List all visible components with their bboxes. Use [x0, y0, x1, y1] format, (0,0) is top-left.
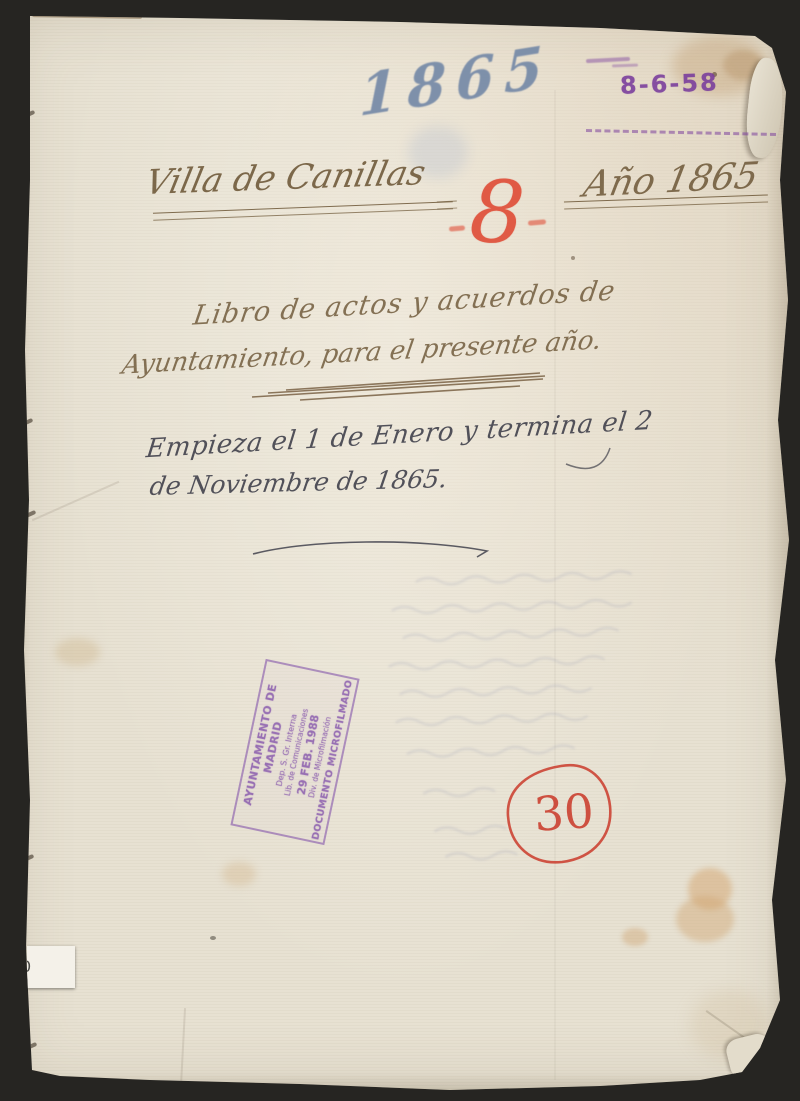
red-folio-number: 8	[468, 169, 527, 258]
circled-folio-number: 30	[532, 784, 592, 843]
stain	[55, 638, 100, 666]
stain	[222, 862, 256, 886]
ink-speck	[571, 256, 575, 260]
double-underline-tip	[437, 200, 457, 209]
scanned-document-page: 1865 8-6-58 Villa de Canillas 8 Año 1865…	[0, 0, 800, 1101]
ink-speck	[210, 936, 216, 940]
edge-label-fragment: 0	[27, 957, 31, 976]
manuscript-paper: 1865 8-6-58 Villa de Canillas 8 Año 1865…	[0, 0, 800, 1101]
paper-fold-line	[554, 90, 556, 1080]
edge-label: 0	[27, 946, 75, 988]
stain	[676, 896, 734, 942]
archive-code-stamp: 8-6-58	[620, 68, 720, 99]
stain	[622, 928, 648, 946]
